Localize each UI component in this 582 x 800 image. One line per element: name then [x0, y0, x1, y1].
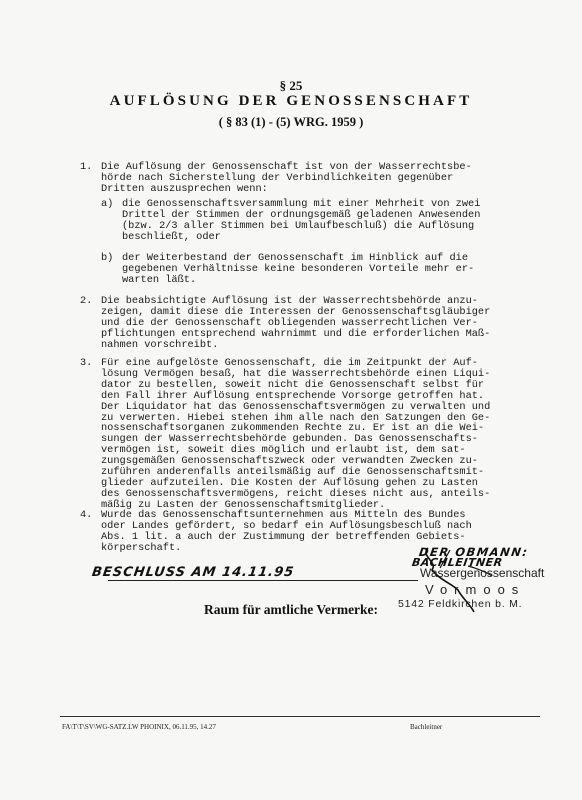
item-4-text: Wurde das Genossenschaftsunternehmen aus…: [101, 510, 472, 554]
page-title: AUFLÖSUNG DER GENOSSENSCHAFT: [0, 93, 582, 110]
item-2-number: 2.: [80, 296, 92, 307]
handwritten-resolution-date: BESCHLUSS AM 14.11.95: [91, 565, 295, 580]
item-1-text: Die Auflösung der Genossenschaft ist von…: [101, 162, 472, 195]
handwritten-signature: BACHLEITNER: [411, 556, 503, 569]
item-3-text: Für eine aufgelöste Genossenschaft, die …: [101, 358, 490, 511]
item-1a-label: a): [101, 199, 113, 210]
stamp-place: Vormoos: [425, 582, 525, 597]
footer-file-info: FA\T\T\SV\WG-SATZ.LW PHOINIX, 06.11.95, …: [62, 723, 216, 731]
item-3-number: 3.: [80, 358, 92, 369]
signature-line: [108, 580, 418, 581]
item-1b-text: der Weiterbestand der Genossenschaft im …: [122, 253, 474, 286]
item-1a-text: die Genossenschaftsversammlung mit einer…: [122, 199, 480, 243]
document-page: § 25 AUFLÖSUNG DER GENOSSENSCHAFT ( § 83…: [0, 0, 582, 800]
footer-author: Bachleitner: [410, 723, 442, 731]
item-1b-label: b): [101, 253, 113, 264]
item-2-text: Die beabsichtigte Auflösung ist der Wass…: [101, 296, 490, 351]
item-4-number: 4.: [80, 510, 92, 521]
footer-divider: [60, 716, 540, 717]
legal-reference: ( § 83 (1) - (5) WRG. 1959 ): [0, 115, 582, 130]
section-number: § 25: [0, 78, 582, 94]
official-notes-label: Raum für amtliche Vermerke:: [0, 602, 582, 618]
item-1-number: 1.: [80, 162, 92, 173]
